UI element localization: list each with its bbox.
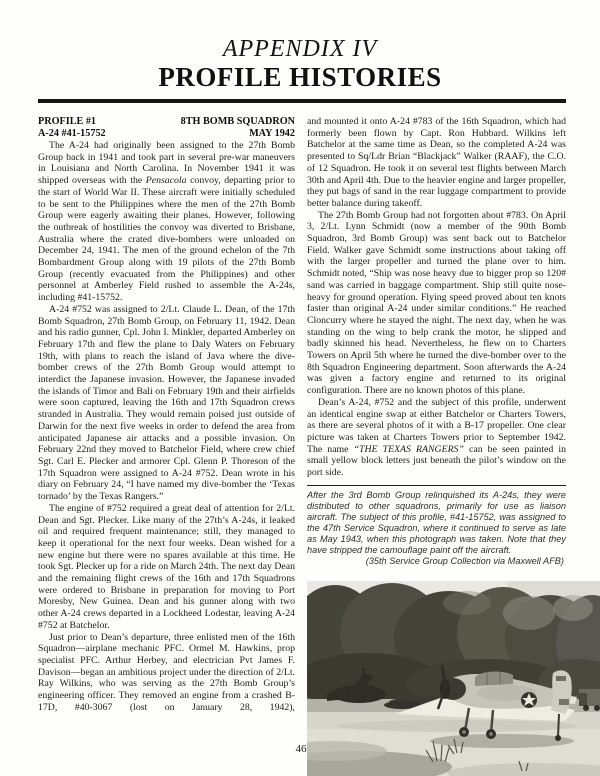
left-column: PROFILE #1 8TH BOMB SQUADRON A-24 #41-15…	[38, 116, 295, 713]
photo-caption: After the 3rd Bomb Group relinquished it…	[307, 490, 566, 555]
photograph-a24-airfield	[307, 581, 600, 776]
profile-heading-row-1: PROFILE #1 8TH BOMB SQUADRON	[38, 116, 295, 128]
appendix-title: APPENDIX IV	[0, 36, 600, 62]
paragraph-7-italic: “THE TEXAS RANGERS”	[354, 444, 464, 455]
profile-squadron: 8TH BOMB SQUADRON	[181, 116, 295, 128]
page-number: 467	[230, 743, 312, 755]
paragraph-1: The A-24 had originally been assigned to…	[38, 140, 295, 304]
paragraph-4: Just prior to Dean’s departure, three en…	[38, 632, 295, 714]
paragraph-5: and mounted it onto A-24 #783 of the 16t…	[307, 116, 566, 210]
paragraph-2: A-24 #752 was assigned to 2/Lt. Claude L…	[38, 304, 295, 503]
right-column: and mounted it onto A-24 #783 of the 16t…	[307, 116, 566, 567]
header-rule	[38, 99, 566, 103]
book-page: APPENDIX IV PROFILE HISTORIES PROFILE #1…	[0, 0, 600, 776]
paragraph-1-italic: Pensacola	[146, 175, 187, 186]
profile-aircraft: A-24 #41-15752	[38, 128, 106, 140]
paragraph-3: The engine of #752 required a great deal…	[38, 503, 295, 632]
caption-rule	[307, 485, 566, 487]
profile-number: PROFILE #1	[38, 116, 96, 128]
page-title: PROFILE HISTORIES	[0, 62, 600, 92]
paragraph-6: The 27th Bomb Group had not forgotten ab…	[307, 210, 566, 397]
photo-illustration	[307, 581, 600, 776]
profile-heading-row-2: A-24 #41-15752 MAY 1942	[38, 128, 295, 140]
profile-date: MAY 1942	[249, 128, 295, 140]
paragraph-1-text-cont: convoy, departing prior to the start of …	[38, 175, 295, 303]
paragraph-7: Dean’s A-24, #752 and the subject of thi…	[307, 397, 566, 479]
photo-credit: (35th Service Group Collection via Maxwe…	[307, 556, 566, 567]
